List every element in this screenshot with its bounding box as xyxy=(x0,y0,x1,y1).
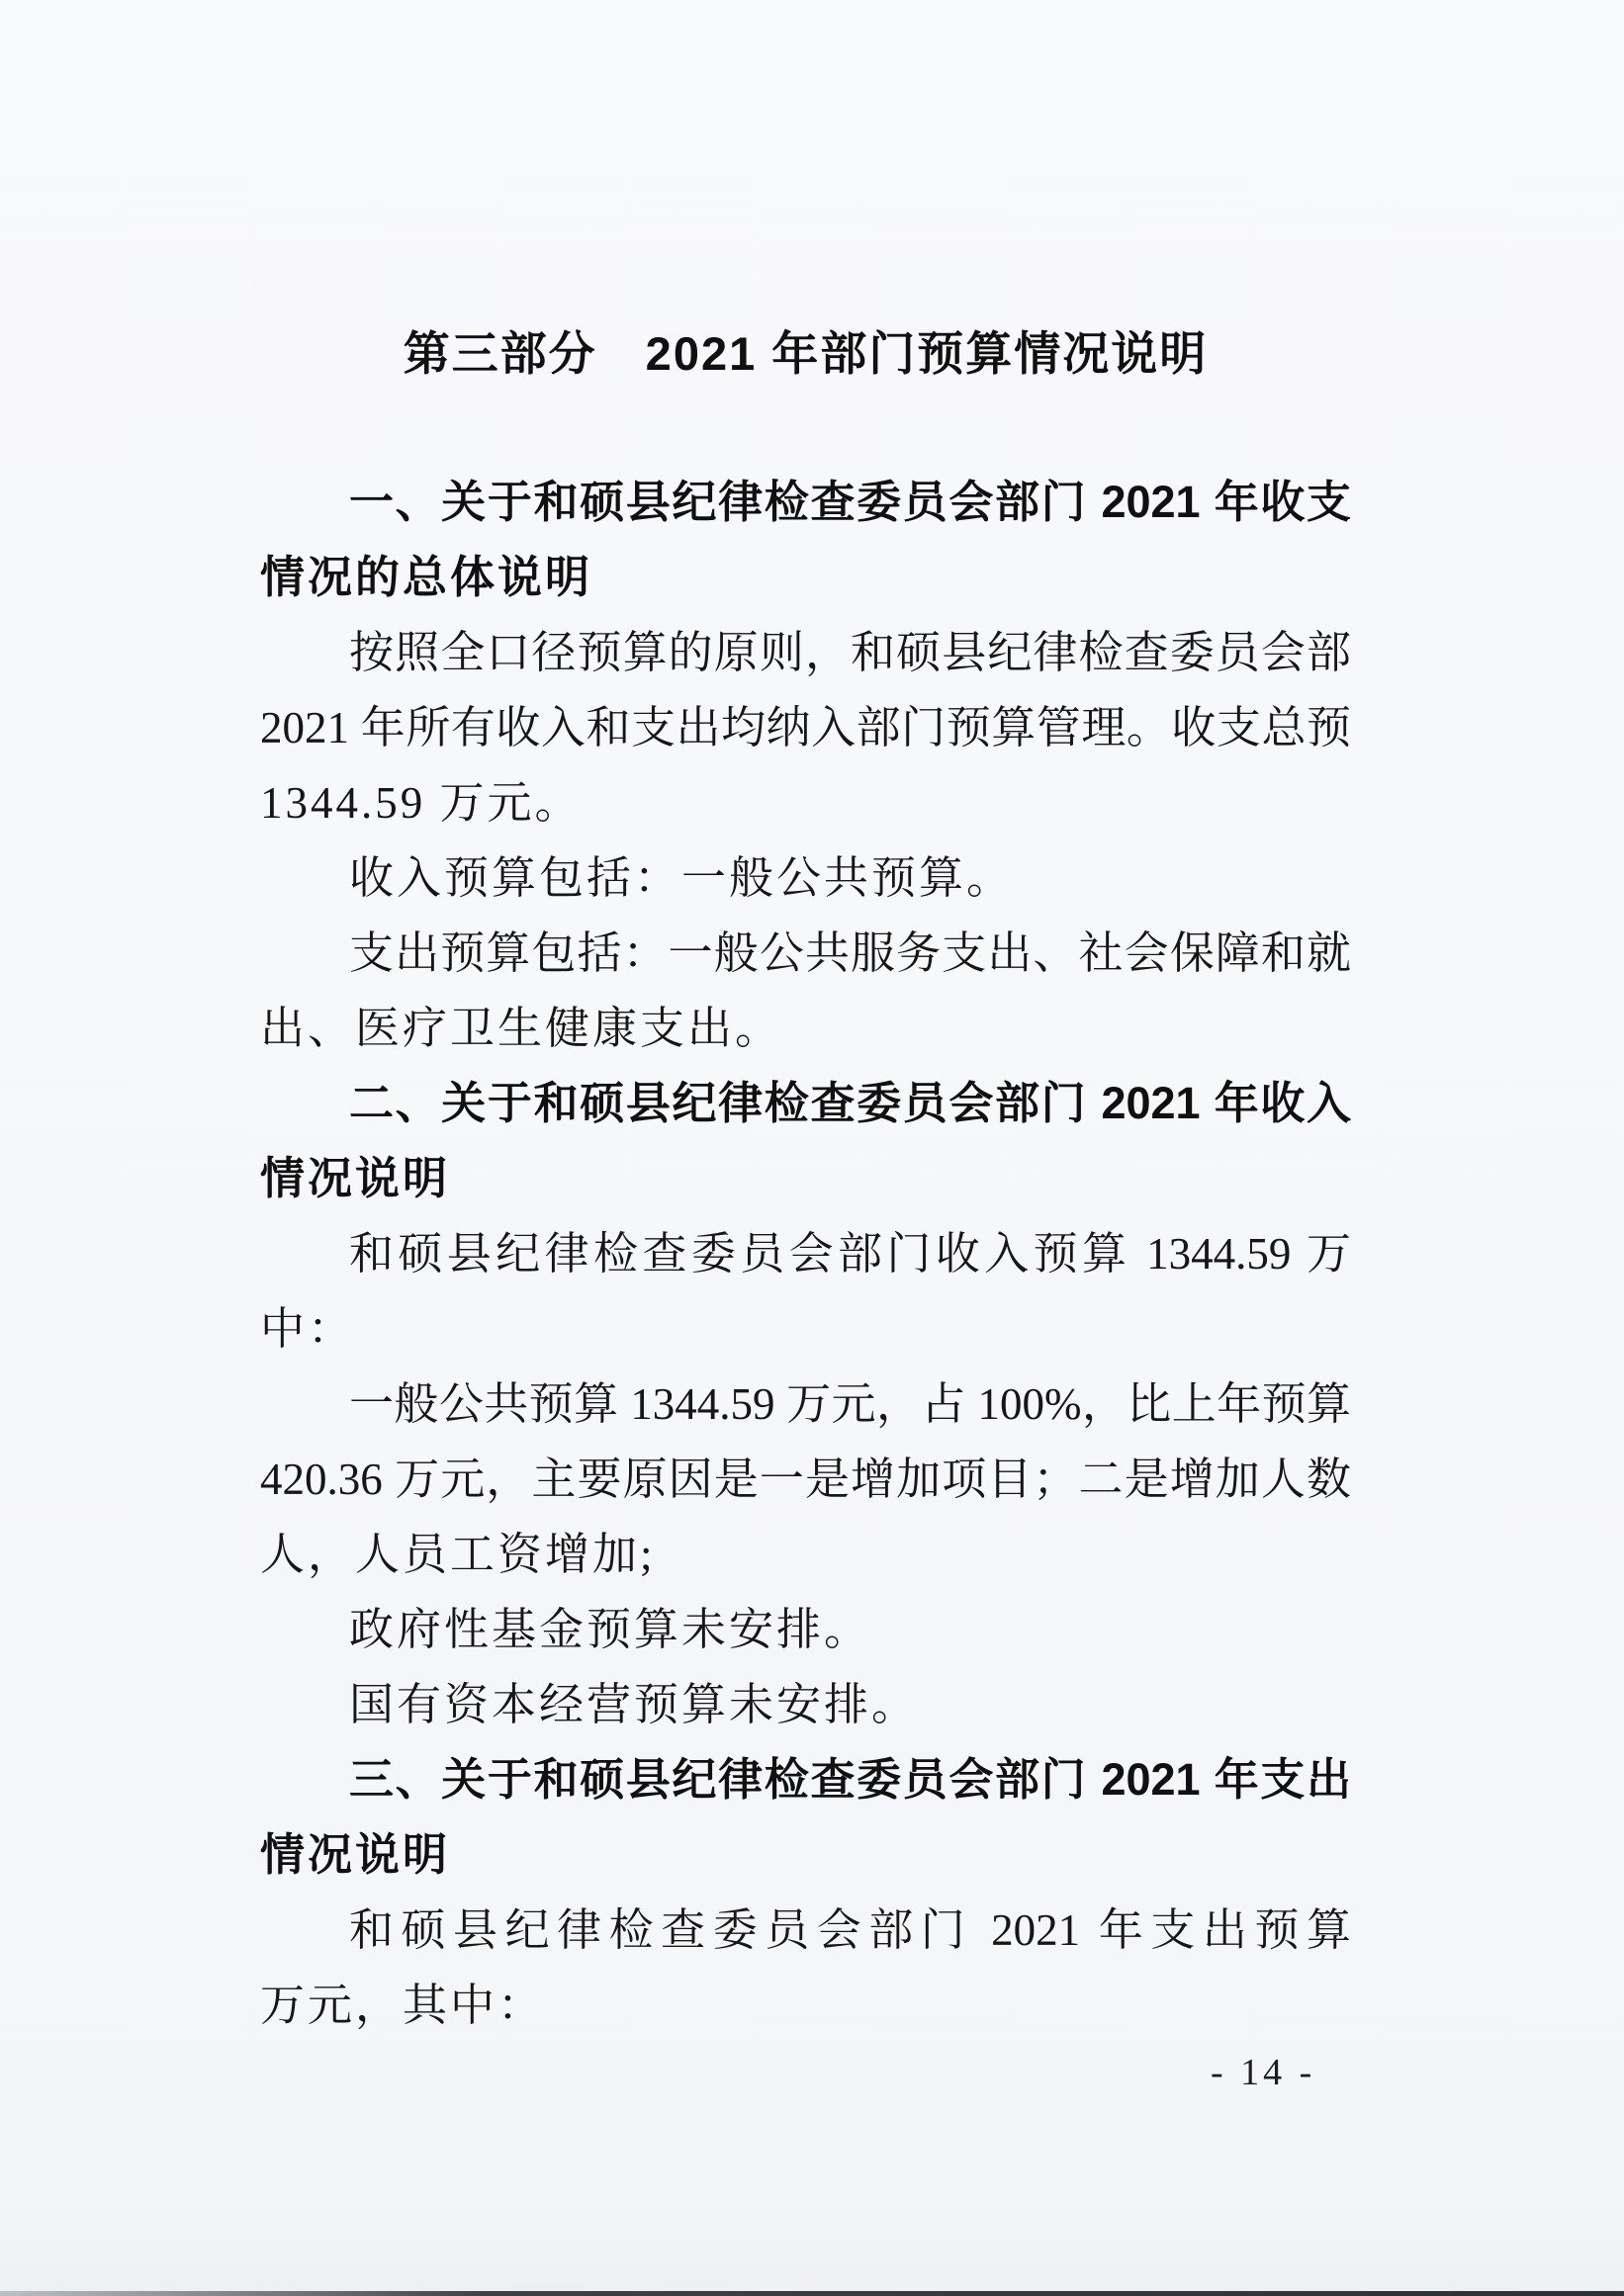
text-line: 按照全口径预算的原则，和硕县纪律检查委员会部门 xyxy=(260,615,1351,690)
scan-bottom-edge xyxy=(0,2291,1624,2296)
text-line: 政府性基金预算未安排。 xyxy=(260,1592,1351,1667)
text-line: 出、医疗卫生健康支出。 xyxy=(260,991,1351,1066)
text-line: 人，人员工资增加; xyxy=(260,1517,1351,1592)
text-line: 和硕县纪律检查委员会部门 2021 年支出预算 1344.59 xyxy=(260,1893,1351,1968)
text-line: 万元，其中： xyxy=(260,1968,1351,2043)
document-title: 第三部分 2021 年部门预算情况说明 xyxy=(260,316,1351,392)
text-line: 2021 年所有收入和支出均纳入部门预算管理。收支总预算 xyxy=(260,690,1351,765)
text-line: 情况的总体说明 xyxy=(260,540,1351,615)
text-line: 二、关于和硕县纪律检查委员会部门 2021 年收入预算 xyxy=(260,1066,1351,1141)
text-line: 和硕县纪律检查委员会部门收入预算 1344.59 万元，其 xyxy=(260,1216,1351,1291)
scanned-document-page: 第三部分 2021 年部门预算情况说明 一、关于和硕县纪律检查委员会部门 202… xyxy=(0,0,1624,2296)
text-line: 情况说明 xyxy=(260,1141,1351,1216)
page-number: - 14 - xyxy=(1211,2051,1315,2094)
text-line: 一、关于和硕县纪律检查委员会部门 2021 年收支预算 xyxy=(260,465,1351,540)
text-line: 1344.59 万元。 xyxy=(260,765,1351,840)
text-line: 中： xyxy=(260,1291,1351,1367)
text-line: 收入预算包括：一般公共预算。 xyxy=(260,840,1351,916)
text-line: 支出预算包括：一般公共服务支出、社会保障和就业支 xyxy=(260,916,1351,991)
text-line: 420.36 万元，主要原因是一是增加项目；二是增加人数 16 xyxy=(260,1442,1351,1517)
text-line: 情况说明 xyxy=(260,1817,1351,1893)
text-line: 国有资本经营预算未安排。 xyxy=(260,1667,1351,1742)
document-body: 一、关于和硕县纪律检查委员会部门 2021 年收支预算情况的总体说明按照全口径预… xyxy=(260,465,1351,2043)
text-line: 一般公共预算 1344.59 万元，占 100%，比上年预算增加 xyxy=(260,1367,1351,1442)
text-line: 三、关于和硕县纪律检查委员会部门 2021 年支出预算 xyxy=(260,1742,1351,1817)
